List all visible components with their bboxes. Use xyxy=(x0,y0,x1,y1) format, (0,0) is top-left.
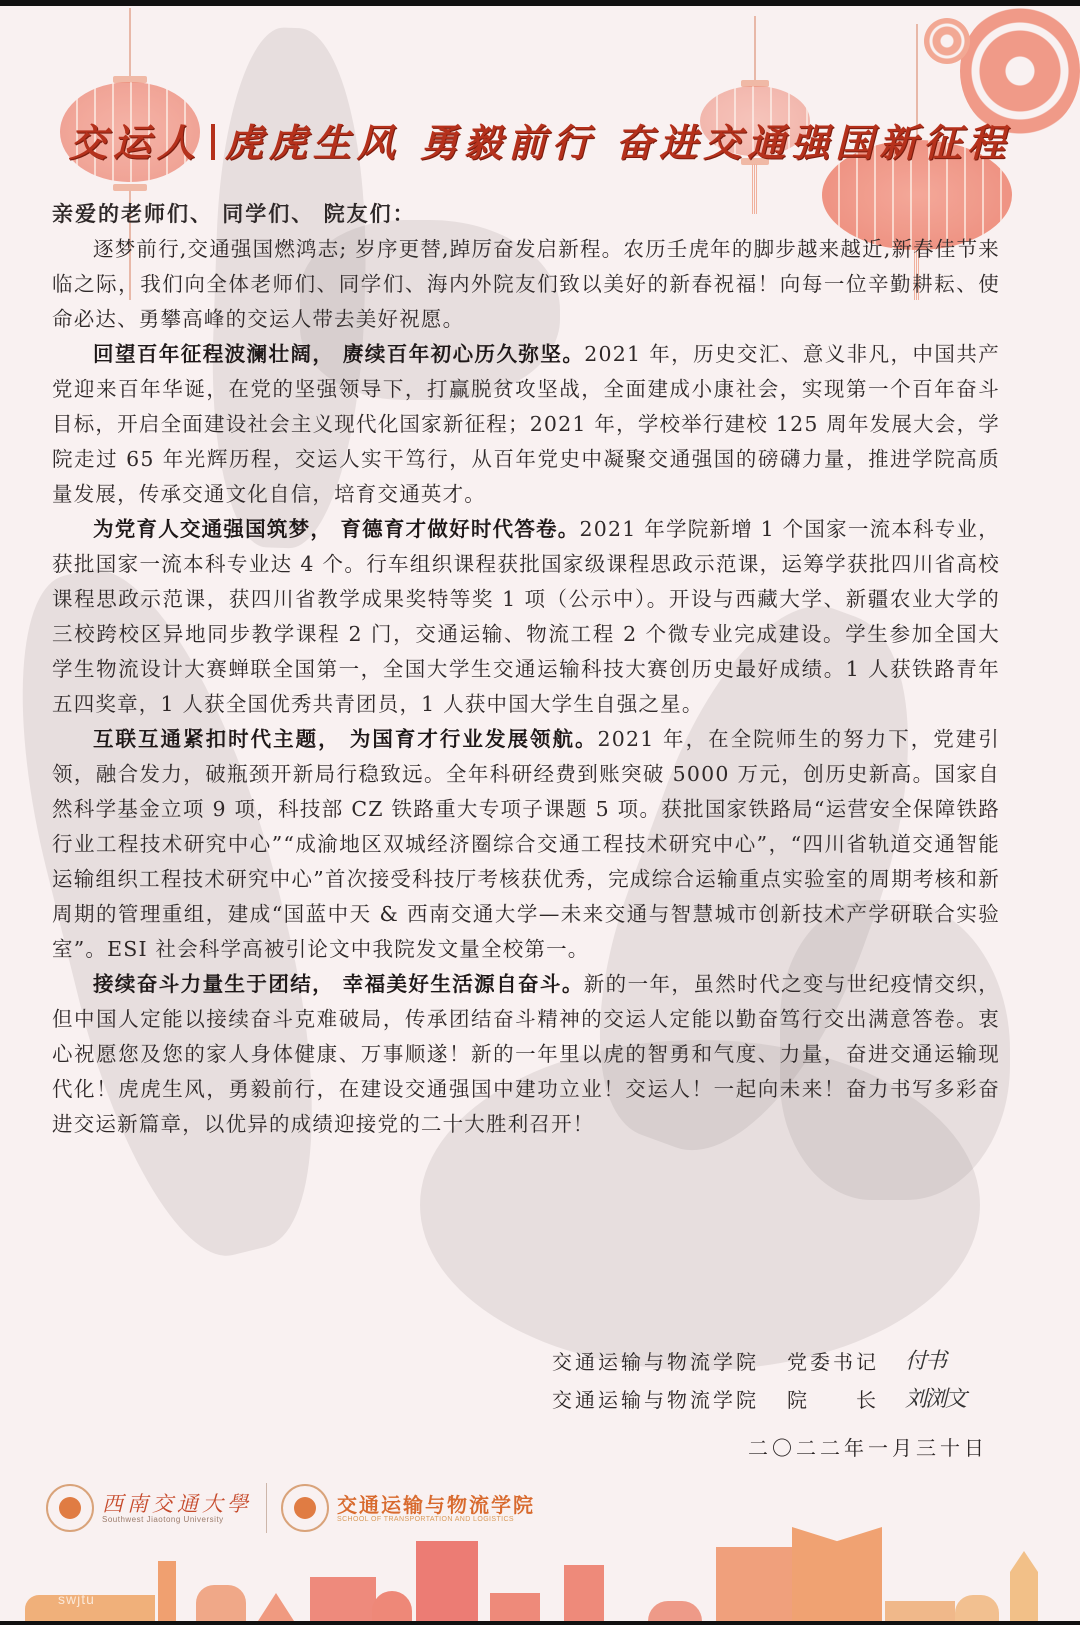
page-title: 交运人虎虎生风 勇毅前行 奋进交通强国新征程 xyxy=(0,112,1080,167)
paragraph-lead: 为党育人交通强国筑梦， 育德育才做好时代答卷。 xyxy=(93,517,580,541)
title-separator xyxy=(211,124,215,160)
paragraph-lead: 回望百年征程波澜壮阔， 赓续百年初心历久弥坚。 xyxy=(93,342,584,366)
paragraph-intro: 逐梦前行,交通强国燃鸿志; 岁序更替,踔厉奋发启新程。农历壬虎年的脚步越来越近,… xyxy=(52,232,1000,337)
title-left: 交运人 xyxy=(69,120,201,165)
university-seal-icon xyxy=(46,1484,94,1532)
footer-logos: 西南交通大學 Southwest Jiaotong University 交通运… xyxy=(46,1483,535,1533)
school-seal-icon xyxy=(281,1484,329,1532)
handwritten-signature: 刘浏文 xyxy=(905,1381,965,1419)
paragraph-history: 回望百年征程波澜壮阔， 赓续百年初心历久弥坚。2021 年，历史交汇、意义非凡，… xyxy=(52,337,1000,512)
paragraph-lead: 互联互通紧扣时代主题， 为国育才行业发展领航。 xyxy=(93,727,598,751)
paragraph-closing: 接续奋斗力量生于团结， 幸福美好生活源自奋斗。新的一年，虽然时代之变与世纪疫情交… xyxy=(52,967,1000,1142)
letter-date: 二〇二二年一月三十日 xyxy=(748,1432,988,1461)
handwritten-signature: 付书 xyxy=(905,1343,945,1381)
letter-body: 亲爱的老师们、 同学们、 院友们： 逐梦前行,交通强国燃鸿志; 岁序更替,踔厉奋… xyxy=(52,196,1000,1142)
paragraph-research: 互联互通紧扣时代主题， 为国育才行业发展领航。2021 年，在全院师生的努力下，… xyxy=(52,722,1000,967)
signature-row-party-secretary: 交通运输与物流学院 党委书记 付书 xyxy=(552,1343,1012,1381)
bottom-border xyxy=(0,1621,1080,1625)
university-name: 西南交通大學 Southwest Jiaotong University xyxy=(102,1493,252,1524)
paper-cut-flower-icon xyxy=(924,18,970,64)
signature-block: 交通运输与物流学院 党委书记 付书 交通运输与物流学院 院 长 刘浏文 xyxy=(552,1343,1012,1419)
paragraph-education: 为党育人交通强国筑梦， 育德育才做好时代答卷。2021 年学院新增 1 个国家一… xyxy=(52,512,1000,722)
paragraph-lead: 接续奋斗力量生于团结， 幸福美好生活源自奋斗。 xyxy=(93,972,584,996)
logo-divider xyxy=(266,1483,267,1533)
school-name: 交通运输与物流学院 SCHOOL OF TRANSPORTATION AND L… xyxy=(337,1494,535,1523)
greeting: 亲爱的老师们、 同学们、 院友们： xyxy=(52,196,1000,231)
signature-row-dean: 交通运输与物流学院 院 长 刘浏文 xyxy=(552,1381,1012,1419)
city-skyline-illustration: swjtu xyxy=(0,1531,1080,1621)
title-right: 虎虎生风 勇毅前行 奋进交通强国新征程 xyxy=(225,120,1011,165)
